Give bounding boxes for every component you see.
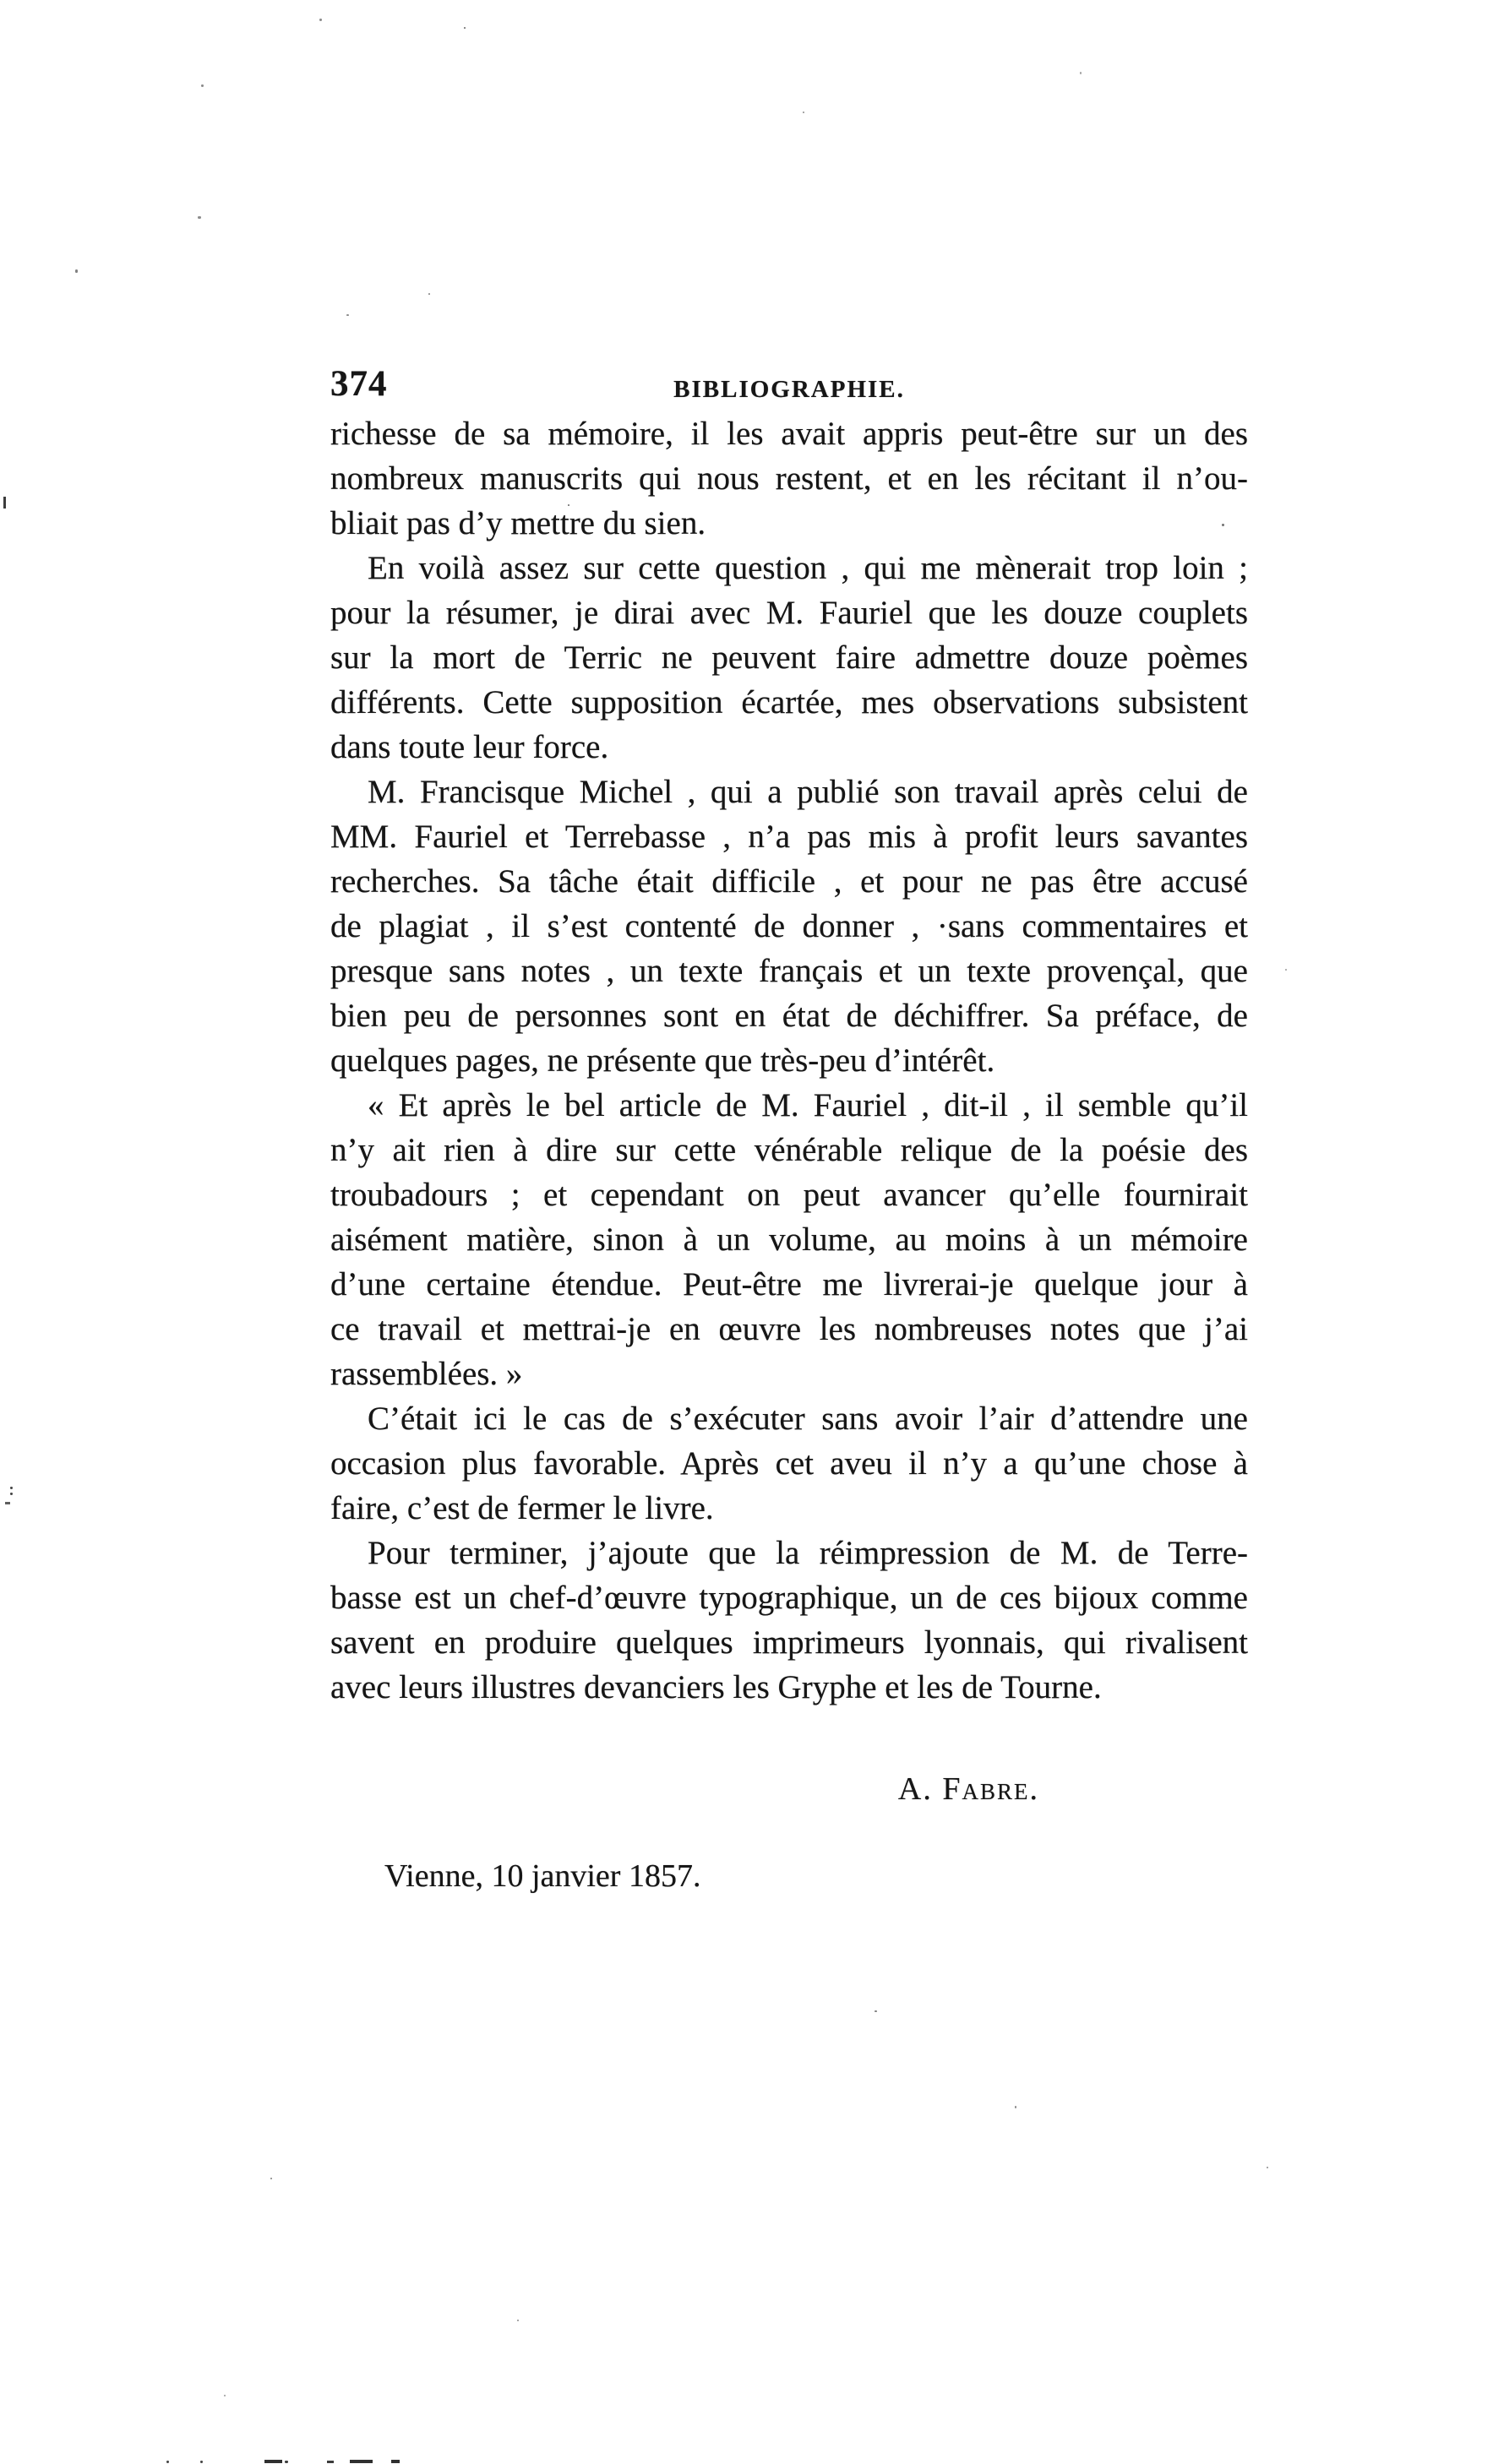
scan-speckle (829, 704, 831, 706)
scan-speckle (166, 2461, 169, 2463)
text-line: « Et après le bel article de M. Fauriel … (330, 1083, 1248, 1128)
text-line: rassemblées. » (330, 1352, 1248, 1396)
scan-speckle (1285, 969, 1287, 971)
text-line: n’y ait rien à dire sur cette vénérable … (330, 1128, 1248, 1172)
text-line: pour la résumer, je dirai avec M. Faurie… (330, 590, 1248, 635)
text-line: bien peu de personnes sont en état de dé… (330, 993, 1248, 1038)
scan-speckle (198, 216, 201, 219)
text-line: savent en produire quelques imprimeurs l… (330, 1620, 1248, 1665)
scan-speckle (3, 497, 6, 509)
scan-speckle (464, 27, 466, 29)
text-line: C’était ici le cas de s’exécuter sans av… (330, 1396, 1248, 1441)
text-line: presque sans notes , un texte français e… (330, 949, 1248, 993)
text-line: richesse de sa mémoire, il les avait app… (330, 411, 1248, 456)
text-line: En voilà assez sur cette question , qui … (330, 546, 1248, 590)
text-line: recherches. Sa tâche était difficile , e… (330, 859, 1248, 904)
scan-speckle (350, 2460, 373, 2463)
text-line: ce travail et mettrai-je en œuvre les no… (330, 1307, 1248, 1352)
scan-speckle (224, 2395, 226, 2396)
text-line: dans toute leur force. (330, 725, 1248, 770)
text-line: Pour terminer, j’ajoute que la réimpress… (330, 1531, 1248, 1575)
scan-speckle (264, 2460, 282, 2463)
scan-speckle (75, 269, 78, 273)
text-line: différents. Cette supposition écartée, m… (330, 680, 1248, 725)
scan-speckle (428, 293, 430, 295)
text-line: faire, c’est de fermer le livre. (330, 1486, 1248, 1531)
body-text: richesse de sa mémoire, il les avait app… (330, 411, 1248, 1710)
scanned-page: 374 BIBLIOGRAPHIE. richesse de sa mémoir… (0, 0, 1493, 2464)
scan-speckle (201, 84, 204, 87)
scan-speckle (1015, 2106, 1016, 2108)
scan-speckle (319, 19, 322, 21)
scan-speckle (270, 2178, 272, 2179)
text-line: de plagiat , il s’est contenté de donner… (330, 904, 1248, 949)
scan-speckle (391, 2460, 400, 2463)
signature: A. Fabre. (330, 1770, 1248, 1809)
scan-speckle (346, 314, 349, 316)
scan-speckle (1157, 794, 1158, 796)
text-line: aisément matière, sinon à un volume, au … (330, 1217, 1248, 1262)
running-head: BIBLIOGRAPHIE. (330, 375, 1248, 404)
scan-speckle (1080, 72, 1082, 74)
scan-speckle (875, 2010, 877, 2012)
text-line: troubadours ; et cependant on peut avanc… (330, 1172, 1248, 1217)
dateline: Vienne, 10 janvier 1857. (384, 1857, 700, 1896)
scan-speckle (803, 112, 804, 113)
scan-speckle (1267, 2167, 1268, 2168)
text-line: quelques pages, ne présente que très-peu… (330, 1038, 1248, 1083)
text-line: M. Francisque Michel , qui a publié son … (330, 770, 1248, 814)
text-line: MM. Fauriel et Terrebasse , n’a pas mis … (330, 814, 1248, 859)
scan-speckle (10, 1493, 13, 1495)
scan-speckle (10, 1487, 13, 1489)
scan-speckle (285, 2461, 288, 2463)
text-line: basse est un chef-d’œuvre typographique,… (330, 1575, 1248, 1620)
text-line: sur la mort de Terric ne peuvent faire a… (330, 635, 1248, 680)
scan-speckle (1222, 524, 1224, 526)
scan-speckle (568, 504, 569, 506)
text-line: nombreux manuscrits qui nous restent, et… (330, 456, 1248, 501)
scan-speckle (5, 1502, 10, 1504)
scan-speckle (517, 2320, 519, 2321)
scan-speckle (327, 2461, 334, 2463)
text-line: d’une certaine étendue. Peut-être me liv… (330, 1262, 1248, 1307)
text-line: occasion plus favorable. Après cet aveu … (330, 1441, 1248, 1486)
text-line: avec leurs illustres devanciers les Gryp… (330, 1665, 1248, 1710)
scan-speckle (200, 2461, 203, 2463)
text-line: bliait pas d’y mettre du sien. (330, 501, 1248, 546)
